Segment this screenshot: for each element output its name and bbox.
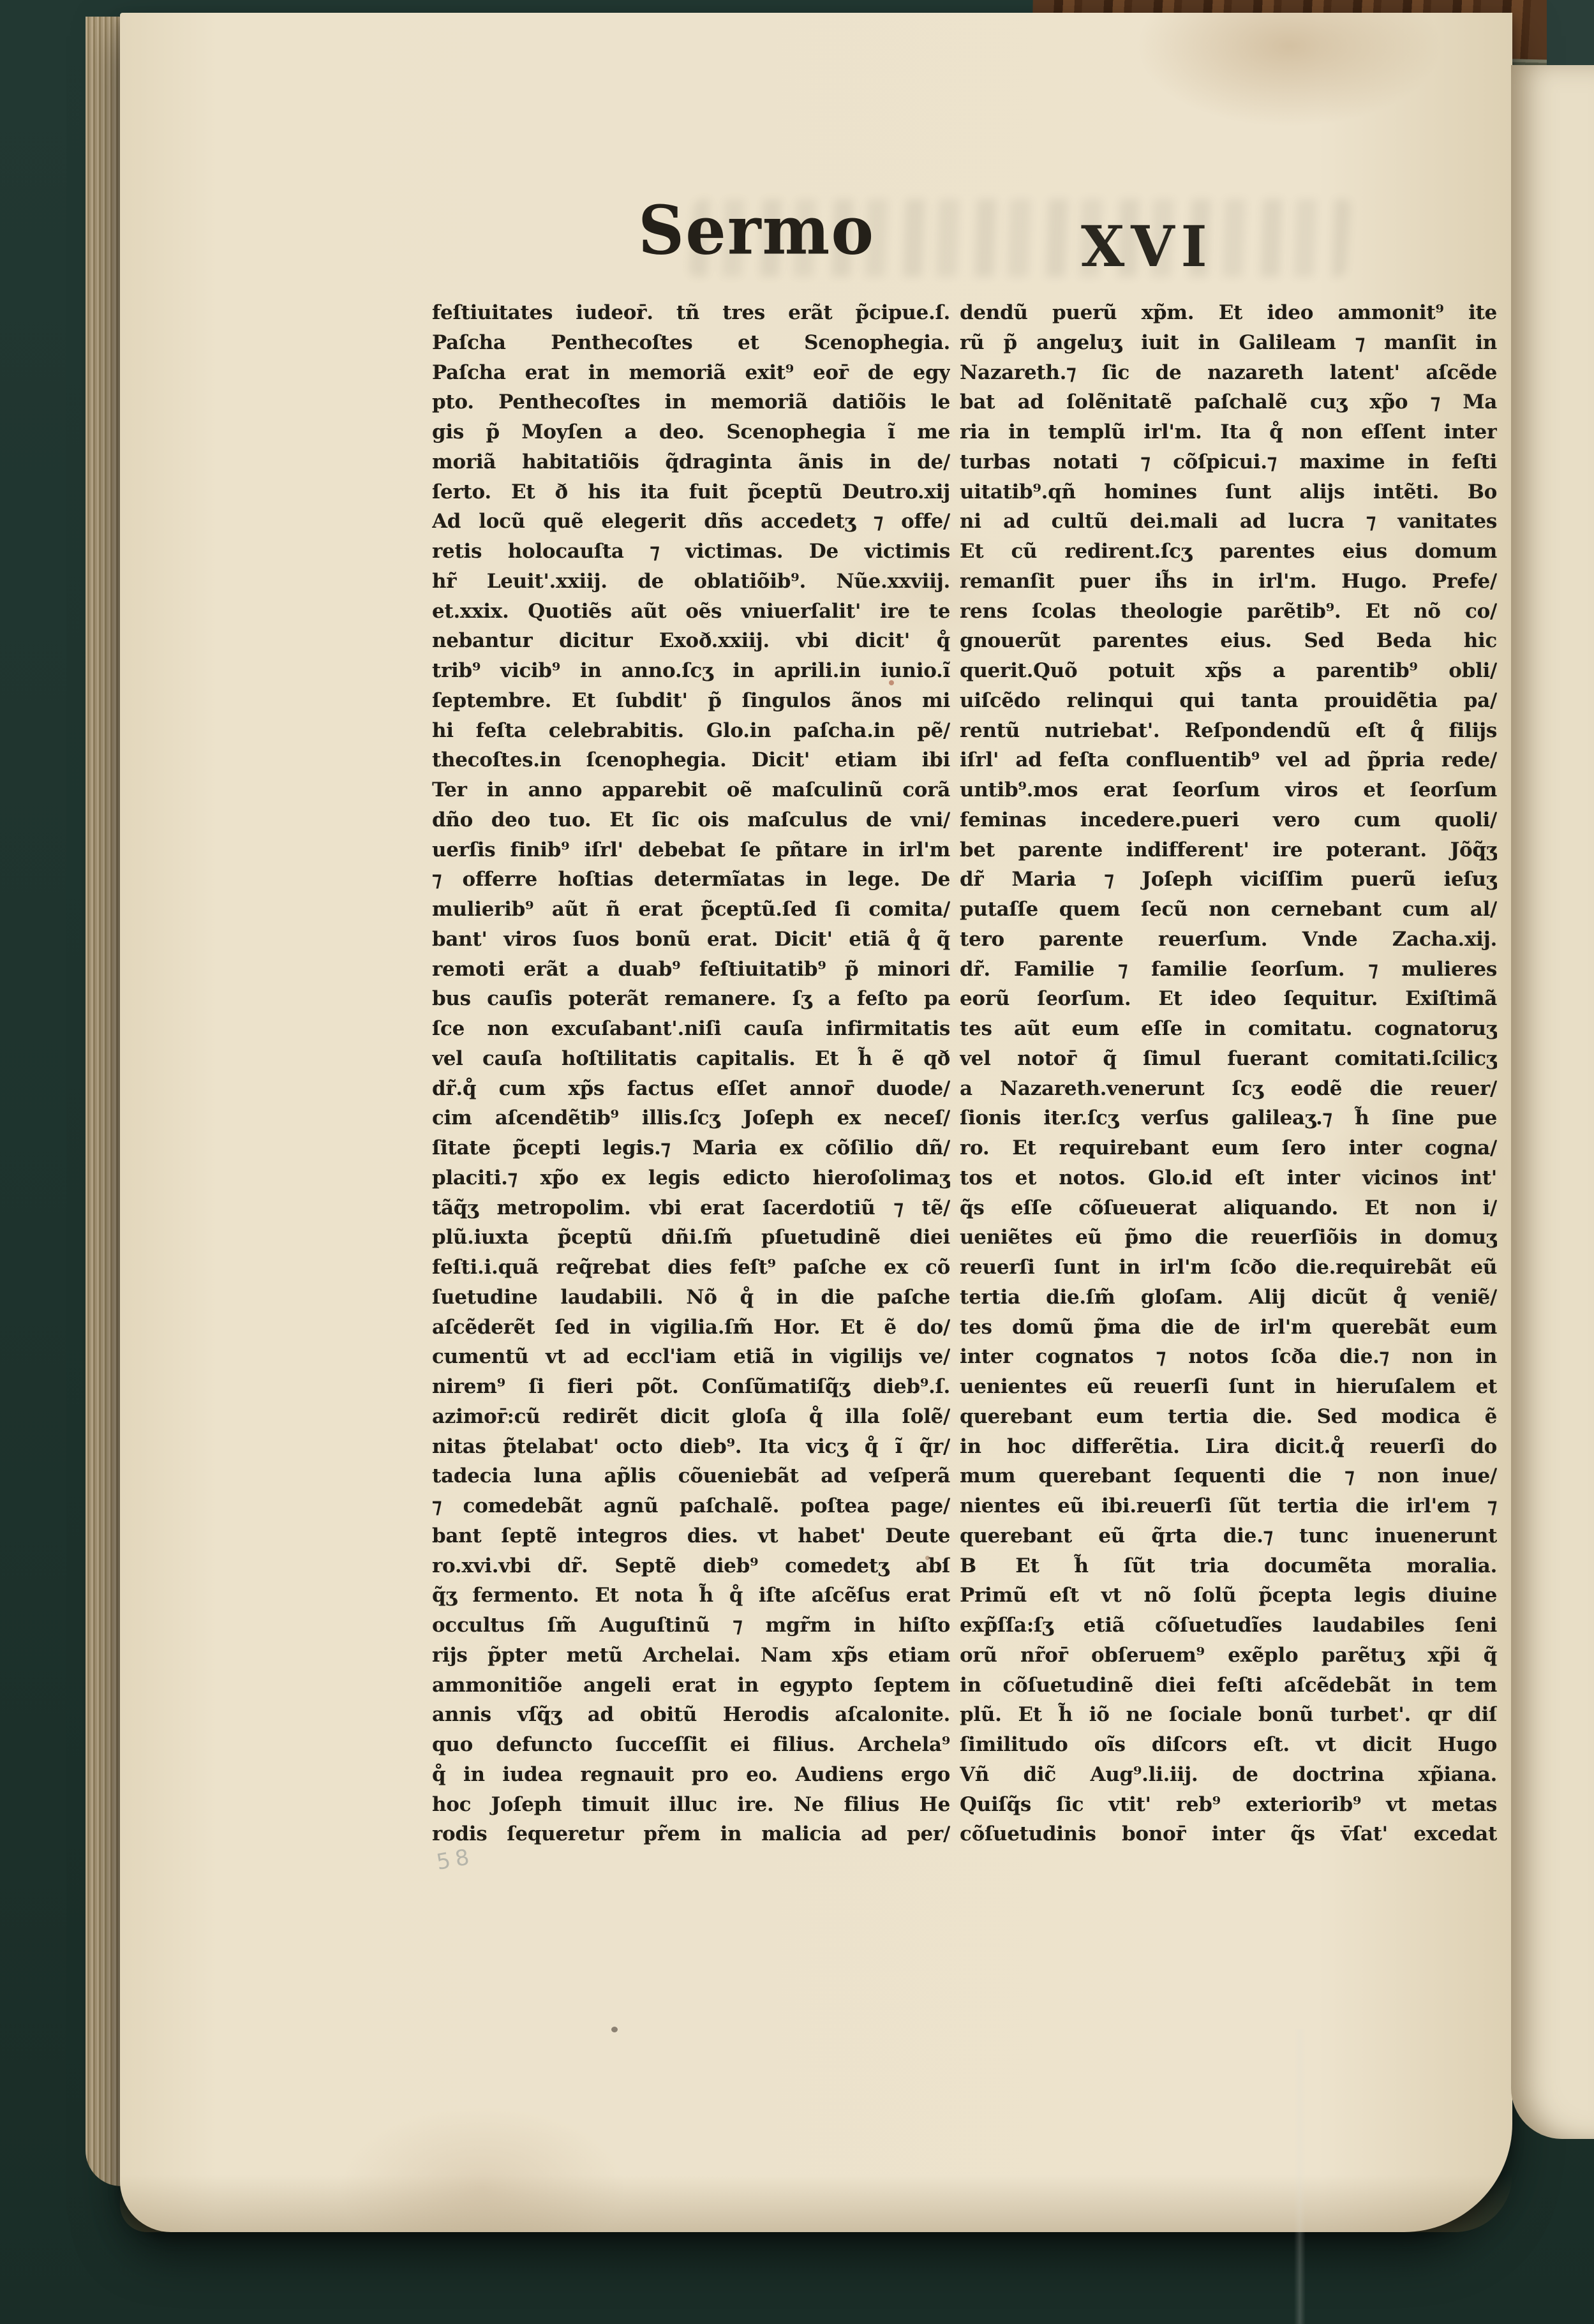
text-line: cim aſcendẽtib⁹ illis.ſcʒ Joſeph ex nece…: [432, 1103, 950, 1133]
glass-reflection: [1294, 2029, 1306, 2324]
text-line: retis holocauſta ⁊ victimas. De victimis: [432, 537, 950, 567]
text-line: feſti.i.quã req̃rebat dies feſt⁹ paſche …: [432, 1253, 950, 1283]
text-line: bus cauſis poterãt remanere. ſʒ a feſto …: [432, 984, 950, 1014]
paper-stain: [925, 1556, 930, 1560]
text-line: ſitate p̃cepti legis.⁊ Maria ex cõſilio …: [432, 1133, 950, 1163]
text-line: uiſcẽdo relinqui qui tanta prouidẽtia pa…: [960, 686, 1497, 716]
text-line: q̊ in iudea regnauit pro eo. Audiens erg…: [432, 1760, 950, 1790]
text-line: bant' viros ſuos bonũ erat. Dicit' etiã …: [432, 925, 950, 955]
text-line: Ad locũ quẽ elegerit dñs accedetʒ ⁊ offe…: [432, 507, 950, 537]
text-line: eorũ ſeorſum. Et ideo ſequitur. Exiſtimã: [960, 984, 1497, 1014]
text-line: remanſit puer ih̃s in irl'm. Hugo. Prefe…: [960, 567, 1497, 597]
text-line: iſrl' ad feſta confluentib⁹ vel ad p̃pri…: [960, 745, 1497, 775]
text-line: Nazareth.⁊ ſic de nazareth latent' aſcẽd…: [960, 358, 1497, 388]
text-line: thecoſtes.in ſcenophegia. Dicit' etiam i…: [432, 745, 950, 775]
text-line: tadecia luna ap̃lis cõueniebãt ad veſper…: [432, 1461, 950, 1491]
text-line: ueniẽtes eũ p̃mo die reuerſiõis in domuʒ: [960, 1223, 1497, 1253]
text-line: Paſcha Penthecoſtes et Scenophegia.: [432, 328, 950, 358]
text-line: querebant eũ q̃rta die.⁊ tunc inuenerunt: [960, 1521, 1497, 1551]
paper-stain: [611, 2027, 618, 2032]
text-line: a Nazareth.venerunt ſcʒ eodẽ die reuer/: [960, 1074, 1497, 1104]
text-line: tes aũt eum eſſe in comitatu. cognatoruʒ: [960, 1014, 1497, 1044]
text-line: ria in templũ irl'm. Ita q̊ non eſſent i…: [960, 417, 1497, 447]
text-line: ſce non excuſabant'.niſi cauſa infirmita…: [432, 1014, 950, 1044]
text-line: nientes eũ ibi.reuerſi ſũt tertia die ir…: [960, 1491, 1497, 1521]
running-title: Sermo: [638, 191, 875, 270]
text-line: querebant eum tertia die. Sed modica ẽ: [960, 1402, 1497, 1432]
text-line: et.xxix. Quotiẽs aũt oẽs vniuerſalit' ir…: [432, 597, 950, 627]
text-line: bat ad ſolẽnitatẽ paſchalẽ cuʒ xp̃o ⁊ Ma: [960, 387, 1497, 417]
text-line: plũ.iuxta p̃ceptũ dñi.ſm̃ pſuetudinẽ die…: [432, 1223, 950, 1253]
text-line: bet parente indifferent' ire poterant. J…: [960, 835, 1497, 865]
text-line: q̃ʒ fermento. Et nota h̃ q̊ iſte aſcẽſus…: [432, 1581, 950, 1611]
text-line: hoc Joſeph timuit illuc ire. Ne filius H…: [432, 1790, 950, 1820]
text-line: Et cũ redirent.ſcʒ parentes eius domum: [960, 537, 1497, 567]
text-line: vel cauſa hoſtilitatis capitalis. Et h̃ …: [432, 1044, 950, 1074]
text-line: B Et h̃ ſũt tria documẽta moralia.: [960, 1551, 1497, 1581]
text-line: cõſuetudinis bonor̄ inter q̃s v̄ſat' exc…: [960, 1819, 1497, 1849]
text-line: ſimilitudo oĩs diſcors eſt. vt dicit Hug…: [960, 1730, 1497, 1760]
text-line: ſionis iter.ſcʒ verſus galileaʒ.⁊ h̃ ſin…: [960, 1103, 1497, 1133]
left-text-column: feſtiuitates iudeor̄. tñ tres erãt p̃cip…: [432, 298, 950, 1849]
text-line: untib⁹.mos erat ſeorſum viros et ſeorſum: [960, 775, 1497, 805]
text-line: vel notor̄ q̃ ſimul fuerant comitati.ſci…: [960, 1044, 1497, 1074]
text-line: dño deo tuo. Et ſic ois maſculus de vni/: [432, 805, 950, 835]
facing-page-edge: [1511, 65, 1594, 2139]
text-line: mulierib⁹ aũt ñ erat p̃ceptũ.ſed ſi comi…: [432, 895, 950, 925]
text-line: rens ſcolas theologie parẽtib⁹. Et nõ co…: [960, 597, 1497, 627]
text-line: Ter in anno apparebit oẽ maſculinũ corã: [432, 775, 950, 805]
text-line: tãq̃ʒ metropolim. vbi erat ſacerdotiũ ⁊ …: [432, 1193, 950, 1223]
text-line: ammonitiõe angeli erat in egypto ſeptem: [432, 1671, 950, 1701]
text-line: hr̃ Leuit'.xxiij. de oblatiõib⁹. Nũe.xxv…: [432, 567, 950, 597]
text-line: feminas incedere.pueri vero cum quoli/: [960, 805, 1497, 835]
text-line: inter cognatos ⁊ notos ſcða die.⁊ non in: [960, 1342, 1497, 1372]
text-line: ſuetudine laudabili. Nõ q̊ in die paſche: [432, 1283, 950, 1313]
text-line: Primũ eſt vt nõ ſolũ p̃cepta legis diuin…: [960, 1581, 1497, 1611]
paper-stain: [889, 680, 894, 685]
text-line: ni ad cultũ dei.mali ad lucra ⁊ vanitate…: [960, 507, 1497, 537]
text-line: aſcẽderẽt ſed in vigilia.ſm̃ Hor. Et ẽ d…: [432, 1313, 950, 1343]
text-line: Paſcha erat in memoriã exit⁹ eor̄ de egy: [432, 358, 950, 388]
text-line: trib⁹ vicib⁹ in anno.ſcʒ in aprili.in iu…: [432, 656, 950, 686]
text-line: nebantur dicitur Exoð.xxiij. vbi dicit' …: [432, 626, 950, 656]
text-line: Quiſq̃s ſic vtit' reb⁹ exteriorib⁹ vt me…: [960, 1790, 1497, 1820]
text-line: dendũ puerũ xp̃m. Et ideo ammonit⁹ ite: [960, 298, 1497, 328]
text-line: ſerto. Et ð his ita fuit p̃ceptũ Deutro.…: [432, 477, 950, 507]
text-line: occultus ſm̃ Auguſtinũ ⁊ mgr̃m in hiſto: [432, 1611, 950, 1641]
text-line: uerſis finib⁹ iſrl' debebat ſe pñtare in…: [432, 835, 950, 865]
text-line: dr̃ Maria ⁊ Joſeph viciſſim puerũ ieſuʒ: [960, 865, 1497, 895]
text-line: mum querebant ſequenti die ⁊ non inue/: [960, 1461, 1497, 1491]
text-line: feſtiuitates iudeor̄. tñ tres erãt p̃cip…: [432, 298, 950, 328]
text-line: cumentũ vt ad eccl'iam etiã in vigilijs …: [432, 1342, 950, 1372]
text-line: in cõſuetudinẽ diei feſti aſcẽdebãt in t…: [960, 1671, 1497, 1701]
text-line: uitatib⁹.qñ homines ſunt alijs intẽti. B…: [960, 477, 1497, 507]
text-line: quo defuncto ſucceſſit ei filius. Archel…: [432, 1730, 950, 1760]
text-line: dr̃. Familie ⁊ familie ſeorſum. ⁊ mulier…: [960, 955, 1497, 985]
text-line: turbas notati ⁊ cõſpicui.⁊ maxime in feſ…: [960, 447, 1497, 477]
right-text-column: dendũ puerũ xp̃m. Et ideo ammonit⁹ iterũ…: [960, 298, 1497, 1849]
chapter-number: XVI: [1081, 213, 1214, 279]
text-line: tos et notos. Glo.id eſt inter vicinos i…: [960, 1163, 1497, 1193]
text-line: gnouerũt parentes eius. Sed Beda hic: [960, 626, 1497, 656]
text-line: annis vſq̃ʒ ad obitũ Herodis aſcalonite.: [432, 1700, 950, 1730]
text-line: ro. Et requirebant eum ſero inter cogna/: [960, 1133, 1497, 1163]
text-line: exp̃ſſa:ſʒ etiã cõſuetudĩes laudabiles ſ…: [960, 1611, 1497, 1641]
text-line: hi feſta celebrabitis. Glo.in paſcha.in …: [432, 716, 950, 746]
text-line: ⁊ offerre hoſtias determĩatas in lege. D…: [432, 865, 950, 895]
page-block-fore-edge: [86, 17, 121, 2186]
text-line: uenientes eũ reuerſi ſunt in hieruſalem …: [960, 1372, 1497, 1402]
text-line: placiti.⁊ xp̃o ex legis edicto hieroſoli…: [432, 1163, 950, 1193]
text-line: tero parente reuerſum. Vnde Zacha.xij.: [960, 925, 1497, 955]
text-line: ⁊ comedebãt agnũ paſchalẽ. poſtea page/: [432, 1491, 950, 1521]
text-line: rodis ſequeretur pr̃em in malicia ad per…: [432, 1819, 950, 1849]
book-page: Sermo XVI feſtiuitates iudeor̄. tñ tres …: [120, 13, 1512, 2232]
text-line: orũ nr̃or̄ obſeruem⁹ exẽplo parẽtuʒ xp̃i…: [960, 1641, 1497, 1671]
text-line: in hoc differẽtia. Lira dicit.q̊ reuerſi…: [960, 1432, 1497, 1462]
background-corner: [1547, 0, 1594, 75]
text-line: ſeptembre. Et ſubdit' p̃ ſingulos ãnos m…: [432, 686, 950, 716]
text-line: azimor̄:cũ redirẽt dicit gloſa q̊ illa ſ…: [432, 1402, 950, 1432]
text-line: tertia die.ſm̃ gloſam. Alij dicũt q̊ ven…: [960, 1283, 1497, 1313]
text-line: remoti erãt a duab⁹ feſtiuitatib⁹ p̃ min…: [432, 955, 950, 985]
text-line: ro.xvi.vbi dr̃. Septẽ dieb⁹ comedetʒ abſ: [432, 1551, 950, 1581]
text-line: nirem⁹ ſi fieri põt. Conſũmatiſq̃ʒ dieb⁹…: [432, 1372, 950, 1402]
text-line: tes domũ p̃ma die de irl'm querebãt eum: [960, 1313, 1497, 1343]
text-line: dr̃.q̊ cum xp̃s factus eſſet annor̄ duod…: [432, 1074, 950, 1104]
text-line: plũ. Et h̃ iõ ne ſociale bonũ turbet'. q…: [960, 1700, 1497, 1730]
text-line: rentũ nutriebat'. Reſpondendũ eſt q̊ fil…: [960, 716, 1497, 746]
text-line: nitas p̃telabat' octo dieb⁹. Ita vicʒ q̊…: [432, 1432, 950, 1462]
text-line: bant ſeptẽ integros dies. vt habet' Deut…: [432, 1521, 950, 1551]
text-line: rijs p̃pter metũ Archelai. Nam xp̃s etia…: [432, 1641, 950, 1671]
pencil-annotation: 58: [435, 1844, 476, 1875]
text-line: moriã habitatiõis q̃draginta ãnis in de/: [432, 447, 950, 477]
text-line: gis p̃ Moyſen a deo. Scenophegia ĩ me: [432, 417, 950, 447]
text-line: pto. Penthecoſtes in memoriã datiõis le: [432, 387, 950, 417]
text-line: q̃s eſſe cõſueuerat aliquando. Et non i/: [960, 1193, 1497, 1223]
text-line: putaſſe quem ſecũ non cernebant cum al/: [960, 895, 1497, 925]
text-line: reuerſi ſunt in irl'm ſcðo die.requirebã…: [960, 1253, 1497, 1283]
text-line: Vñ dic̃ Aug⁹.li.iij. de doctrina xp̃iana…: [960, 1760, 1497, 1790]
book-photo-canvas: Sermo XVI feſtiuitates iudeor̄. tñ tres …: [0, 0, 1594, 2324]
text-line: rũ p̃ angeluʒ iuit in Galileam ⁊ manſit …: [960, 328, 1497, 358]
text-line: querit.Quõ potuit xp̃s a parentib⁹ obli/: [960, 656, 1497, 686]
